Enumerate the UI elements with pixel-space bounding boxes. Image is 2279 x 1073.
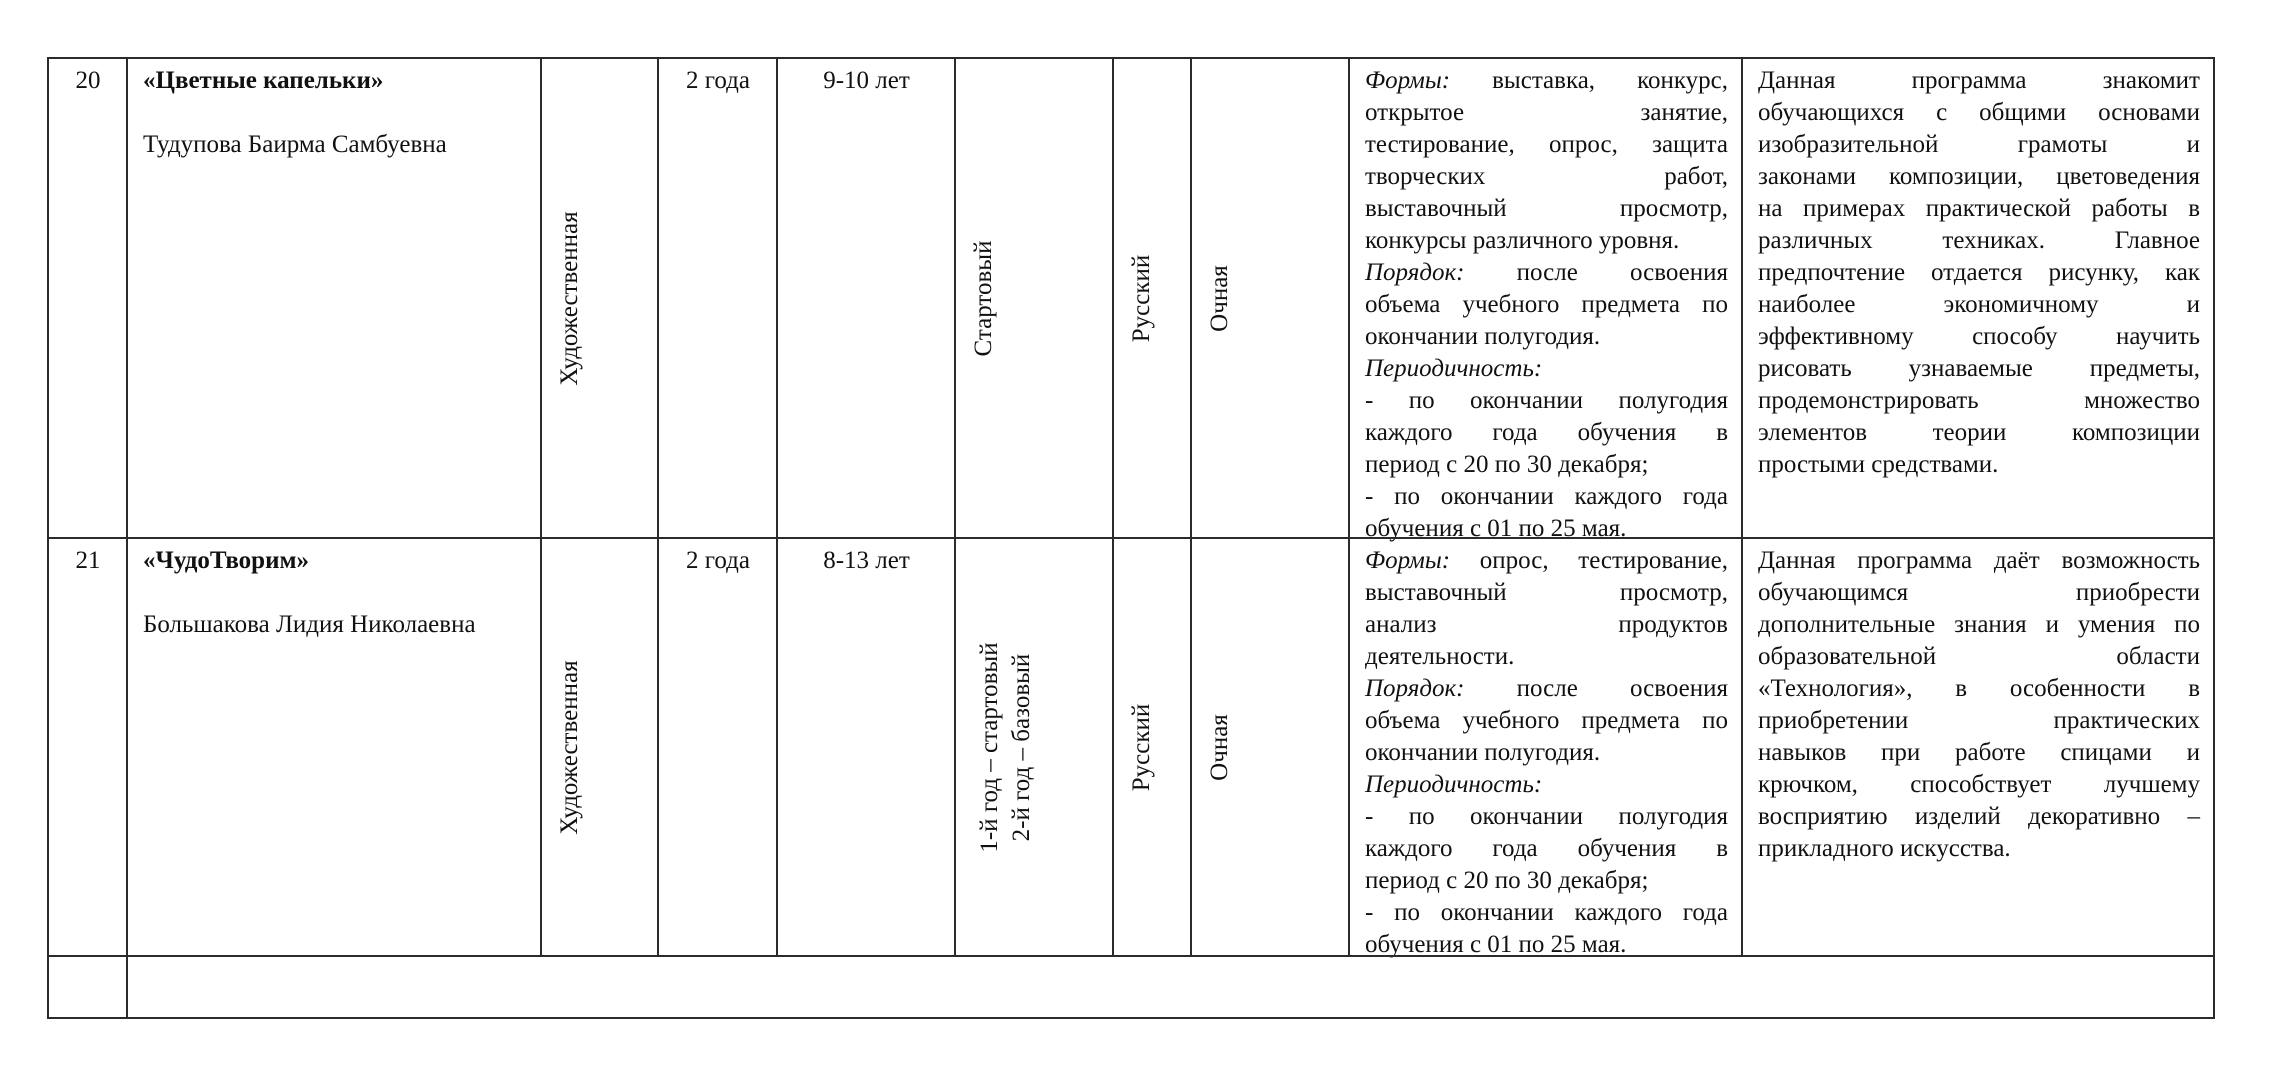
program-cell: «Цветные капельки»Тудупова Баирма Самбуе…: [128, 59, 541, 538]
assessment-line: период с 20 по 30 декабря;: [1365, 449, 1728, 481]
assessment-text: окончании полугодия.: [1365, 739, 1600, 766]
description-line: Данная программа даёт возможность: [1758, 545, 2200, 577]
direction-line: Художественная: [554, 539, 586, 956]
level-cell: 1-й год – стартовый2-й год – базовый: [956, 539, 1113, 956]
age-range: 9-10 лет: [823, 67, 910, 94]
program-title: «ЧудоТворим»: [143, 545, 531, 577]
age-range: 8-13 лет: [823, 547, 910, 574]
description-line: наиболее экономичному и: [1758, 289, 2200, 321]
description-line: обучающихся с общими основами: [1758, 97, 2200, 129]
assessment-text: окончании полугодия.: [1365, 323, 1600, 350]
assessment-line: - по окончании полугодия: [1365, 385, 1728, 417]
table-border-vertical: [657, 57, 659, 957]
table-border-vertical: [540, 57, 542, 957]
assessment-text: опрос, тестирование,: [1450, 547, 1728, 574]
assessment-line: Периодичность:: [1365, 353, 1728, 385]
level-line: 2-й год – базовый: [1006, 539, 1038, 956]
assessment-line: окончании полугодия.: [1365, 737, 1728, 769]
description-line: простыми средствами.: [1758, 449, 2200, 481]
assessment-line: Порядок: после освоения: [1365, 257, 1728, 289]
language-text: Русский: [1126, 59, 1158, 538]
description-line: образовательной области: [1758, 641, 2200, 673]
assessment-text: конкурсы различного уровня.: [1365, 227, 1679, 254]
assessment-line: окончании полугодия.: [1365, 321, 1728, 353]
language-cell: Русский: [1114, 59, 1191, 538]
assessment-text: обучения с 01 по 25 мая.: [1365, 931, 1626, 958]
description-line: элементов теории композиции: [1758, 417, 2200, 449]
study-form-text: Очная: [1204, 539, 1236, 956]
assessment-label: Периодичность:: [1365, 771, 1542, 798]
table-border-vertical: [126, 57, 128, 1019]
row-number-cell: 20: [49, 59, 127, 538]
empty-row-content-cell: [128, 957, 2214, 1018]
assessment-text: анализ продуктов: [1365, 611, 1728, 638]
direction-text: Художественная: [554, 539, 586, 956]
level: 1-й год – стартовый2-й год – базовый: [956, 539, 1113, 956]
table-border-horizontal: [47, 537, 2215, 539]
study-form-text: Очная: [1204, 59, 1236, 538]
assessment-line: каждого года обучения в: [1365, 833, 1728, 865]
table-border-horizontal: [47, 1017, 2215, 1019]
assessment-line: - по окончании полугодия: [1365, 801, 1728, 833]
assessment-label: Формы:: [1365, 67, 1450, 94]
description-line: восприятию изделий декоративно –: [1758, 801, 2200, 833]
table-border-vertical: [954, 57, 956, 957]
assessment-line: открытое занятие,: [1365, 97, 1728, 129]
direction-cell: Художественная: [542, 59, 658, 538]
direction-line: Художественная: [554, 59, 586, 538]
level-text: 1-й год – стартовый2-й год – базовый: [974, 539, 1038, 956]
assessment-label: Формы:: [1365, 547, 1450, 574]
age-cell: 8-13 лет: [778, 539, 955, 956]
assessment-text: после освоения: [1465, 259, 1728, 286]
description-line: крючком, способствует лучшему: [1758, 769, 2200, 801]
description-line: дополнительные знания и умения по: [1758, 609, 2200, 641]
assessment-text: деятельности.: [1365, 643, 1514, 670]
level-line: Стартовый: [968, 59, 1000, 538]
assessment-text: каждого года обучения в: [1365, 419, 1728, 446]
description-cell: Данная программа даёт возможностьобучающ…: [1743, 539, 2214, 956]
assessment-text: - по окончании каждого года: [1365, 483, 1728, 510]
level: Стартовый: [956, 59, 1113, 538]
assessment-line: Порядок: после освоения: [1365, 673, 1728, 705]
assessment-text: выставка, конкурс,: [1450, 67, 1728, 94]
duration: 2 года: [686, 67, 750, 94]
direction: Художественная: [542, 539, 658, 956]
table-border-vertical: [47, 57, 49, 1019]
assessment-text: объема учебного предмета по: [1365, 707, 1728, 734]
assessment-line: тестирование, опрос, защита: [1365, 129, 1728, 161]
duration-cell: 2 года: [659, 59, 777, 538]
assessment-text: - по окончании полугодия: [1365, 803, 1728, 830]
description-line: обучающимся приобрести: [1758, 577, 2200, 609]
assessment-line: выставочный просмотр,: [1365, 577, 1728, 609]
teacher-name: Большакова Лидия Николаевна: [143, 609, 531, 641]
description-cell: Данная программа знакомитобучающихся с о…: [1743, 59, 2214, 538]
spacer: [143, 577, 531, 609]
assessment-line: - по окончании каждого года: [1365, 481, 1728, 513]
assessment-cell: Формы: выставка, конкурс,открытое заняти…: [1350, 59, 1742, 538]
table-border-horizontal: [47, 57, 2215, 59]
teacher-name: Тудупова Баирма Самбуевна: [143, 129, 531, 161]
assessment-line: каждого года обучения в: [1365, 417, 1728, 449]
direction: Художественная: [542, 59, 658, 538]
assessment-line: анализ продуктов: [1365, 609, 1728, 641]
study-form: Очная: [1192, 59, 1349, 538]
level-line: 1-й год – стартовый: [974, 539, 1006, 956]
assessment-text: выставочный просмотр,: [1365, 579, 1728, 606]
assessment-label: Порядок:: [1365, 675, 1465, 702]
direction-cell: Художественная: [542, 539, 658, 956]
assessment-cell: Формы: опрос, тестирование,выставочный п…: [1350, 539, 1742, 956]
description-line: навыков при работе спицами и: [1758, 737, 2200, 769]
row-number: 20: [76, 67, 101, 94]
description-line: предпочтение отдается рисунку, как: [1758, 257, 2200, 289]
assessment-label: Порядок:: [1365, 259, 1465, 286]
empty-row-number-cell: [49, 957, 127, 1018]
table-border-vertical: [1348, 57, 1350, 957]
table-border-vertical: [2213, 57, 2215, 1019]
assessment-text: выставочный просмотр,: [1365, 195, 1728, 222]
assessment-text: творческих работ,: [1365, 163, 1728, 190]
assessment-line: объема учебного предмета по: [1365, 289, 1728, 321]
assessment-line: Периодичность:: [1365, 769, 1728, 801]
language: Русский: [1114, 59, 1191, 538]
description-line: на примерах практической работы в: [1758, 193, 2200, 225]
description-line: законами композиции, цветоведения: [1758, 161, 2200, 193]
level-text: Стартовый: [968, 59, 1000, 538]
table-border-vertical: [1112, 57, 1114, 957]
table-border-horizontal: [47, 955, 2215, 957]
description-line: эффективному способу научить: [1758, 321, 2200, 353]
description-line: приобретении практических: [1758, 705, 2200, 737]
direction-text: Художественная: [554, 59, 586, 538]
language-cell: Русский: [1114, 539, 1191, 956]
description-line: «Технология», в особенности в: [1758, 673, 2200, 705]
table-border-vertical: [1190, 57, 1192, 957]
document-page: 20«Цветные капельки»Тудупова Баирма Самб…: [0, 0, 2279, 1073]
age-cell: 9-10 лет: [778, 59, 955, 538]
assessment-line: творческих работ,: [1365, 161, 1728, 193]
duration: 2 года: [686, 547, 750, 574]
study-form-cell: Очная: [1192, 539, 1349, 956]
assessment-line: конкурсы различного уровня.: [1365, 225, 1728, 257]
assessment-label: Периодичность:: [1365, 355, 1542, 382]
assessment-line: деятельности.: [1365, 641, 1728, 673]
language: Русский: [1114, 539, 1191, 956]
study-form-cell: Очная: [1192, 59, 1349, 538]
assessment-text: после освоения: [1465, 675, 1728, 702]
level-cell: Стартовый: [956, 59, 1113, 538]
assessment-text: открытое занятие,: [1365, 99, 1728, 126]
assessment-line: выставочный просмотр,: [1365, 193, 1728, 225]
study-form: Очная: [1192, 539, 1349, 956]
duration-cell: 2 года: [659, 539, 777, 956]
assessment-line: - по окончании каждого года: [1365, 897, 1728, 929]
spacer: [143, 97, 531, 129]
program-title: «Цветные капельки»: [143, 65, 531, 97]
assessment-line: Формы: опрос, тестирование,: [1365, 545, 1728, 577]
language-text: Русский: [1126, 539, 1158, 956]
assessment-text: период с 20 по 30 декабря;: [1365, 451, 1648, 478]
assessment-text: объема учебного предмета по: [1365, 291, 1728, 318]
table-border-vertical: [1741, 57, 1743, 957]
assessment-text: - по окончании каждого года: [1365, 899, 1728, 926]
assessment-line: объема учебного предмета по: [1365, 705, 1728, 737]
study-form-line: Очная: [1204, 59, 1236, 538]
assessment-text: каждого года обучения в: [1365, 835, 1728, 862]
table-border-vertical: [776, 57, 778, 957]
assessment-line: период с 20 по 30 декабря;: [1365, 865, 1728, 897]
description-line: рисовать узнаваемые предметы,: [1758, 353, 2200, 385]
language-line: Русский: [1126, 539, 1158, 956]
assessment-line: Формы: выставка, конкурс,: [1365, 65, 1728, 97]
description-line: различных техниках. Главное: [1758, 225, 2200, 257]
description-line: Данная программа знакомит: [1758, 65, 2200, 97]
assessment-text: - по окончании полугодия: [1365, 387, 1728, 414]
language-line: Русский: [1126, 59, 1158, 538]
description-line: изобразительной грамоты и: [1758, 129, 2200, 161]
study-form-line: Очная: [1204, 539, 1236, 956]
row-number: 21: [76, 547, 101, 574]
assessment-text: период с 20 по 30 декабря;: [1365, 867, 1648, 894]
row-number-cell: 21: [49, 539, 127, 956]
assessment-text: тестирование, опрос, защита: [1365, 131, 1728, 158]
description-line: продемонстрировать множество: [1758, 385, 2200, 417]
program-cell: «ЧудоТворим»Большакова Лидия Николаевна: [128, 539, 541, 956]
description-line: прикладного искусства.: [1758, 833, 2200, 865]
